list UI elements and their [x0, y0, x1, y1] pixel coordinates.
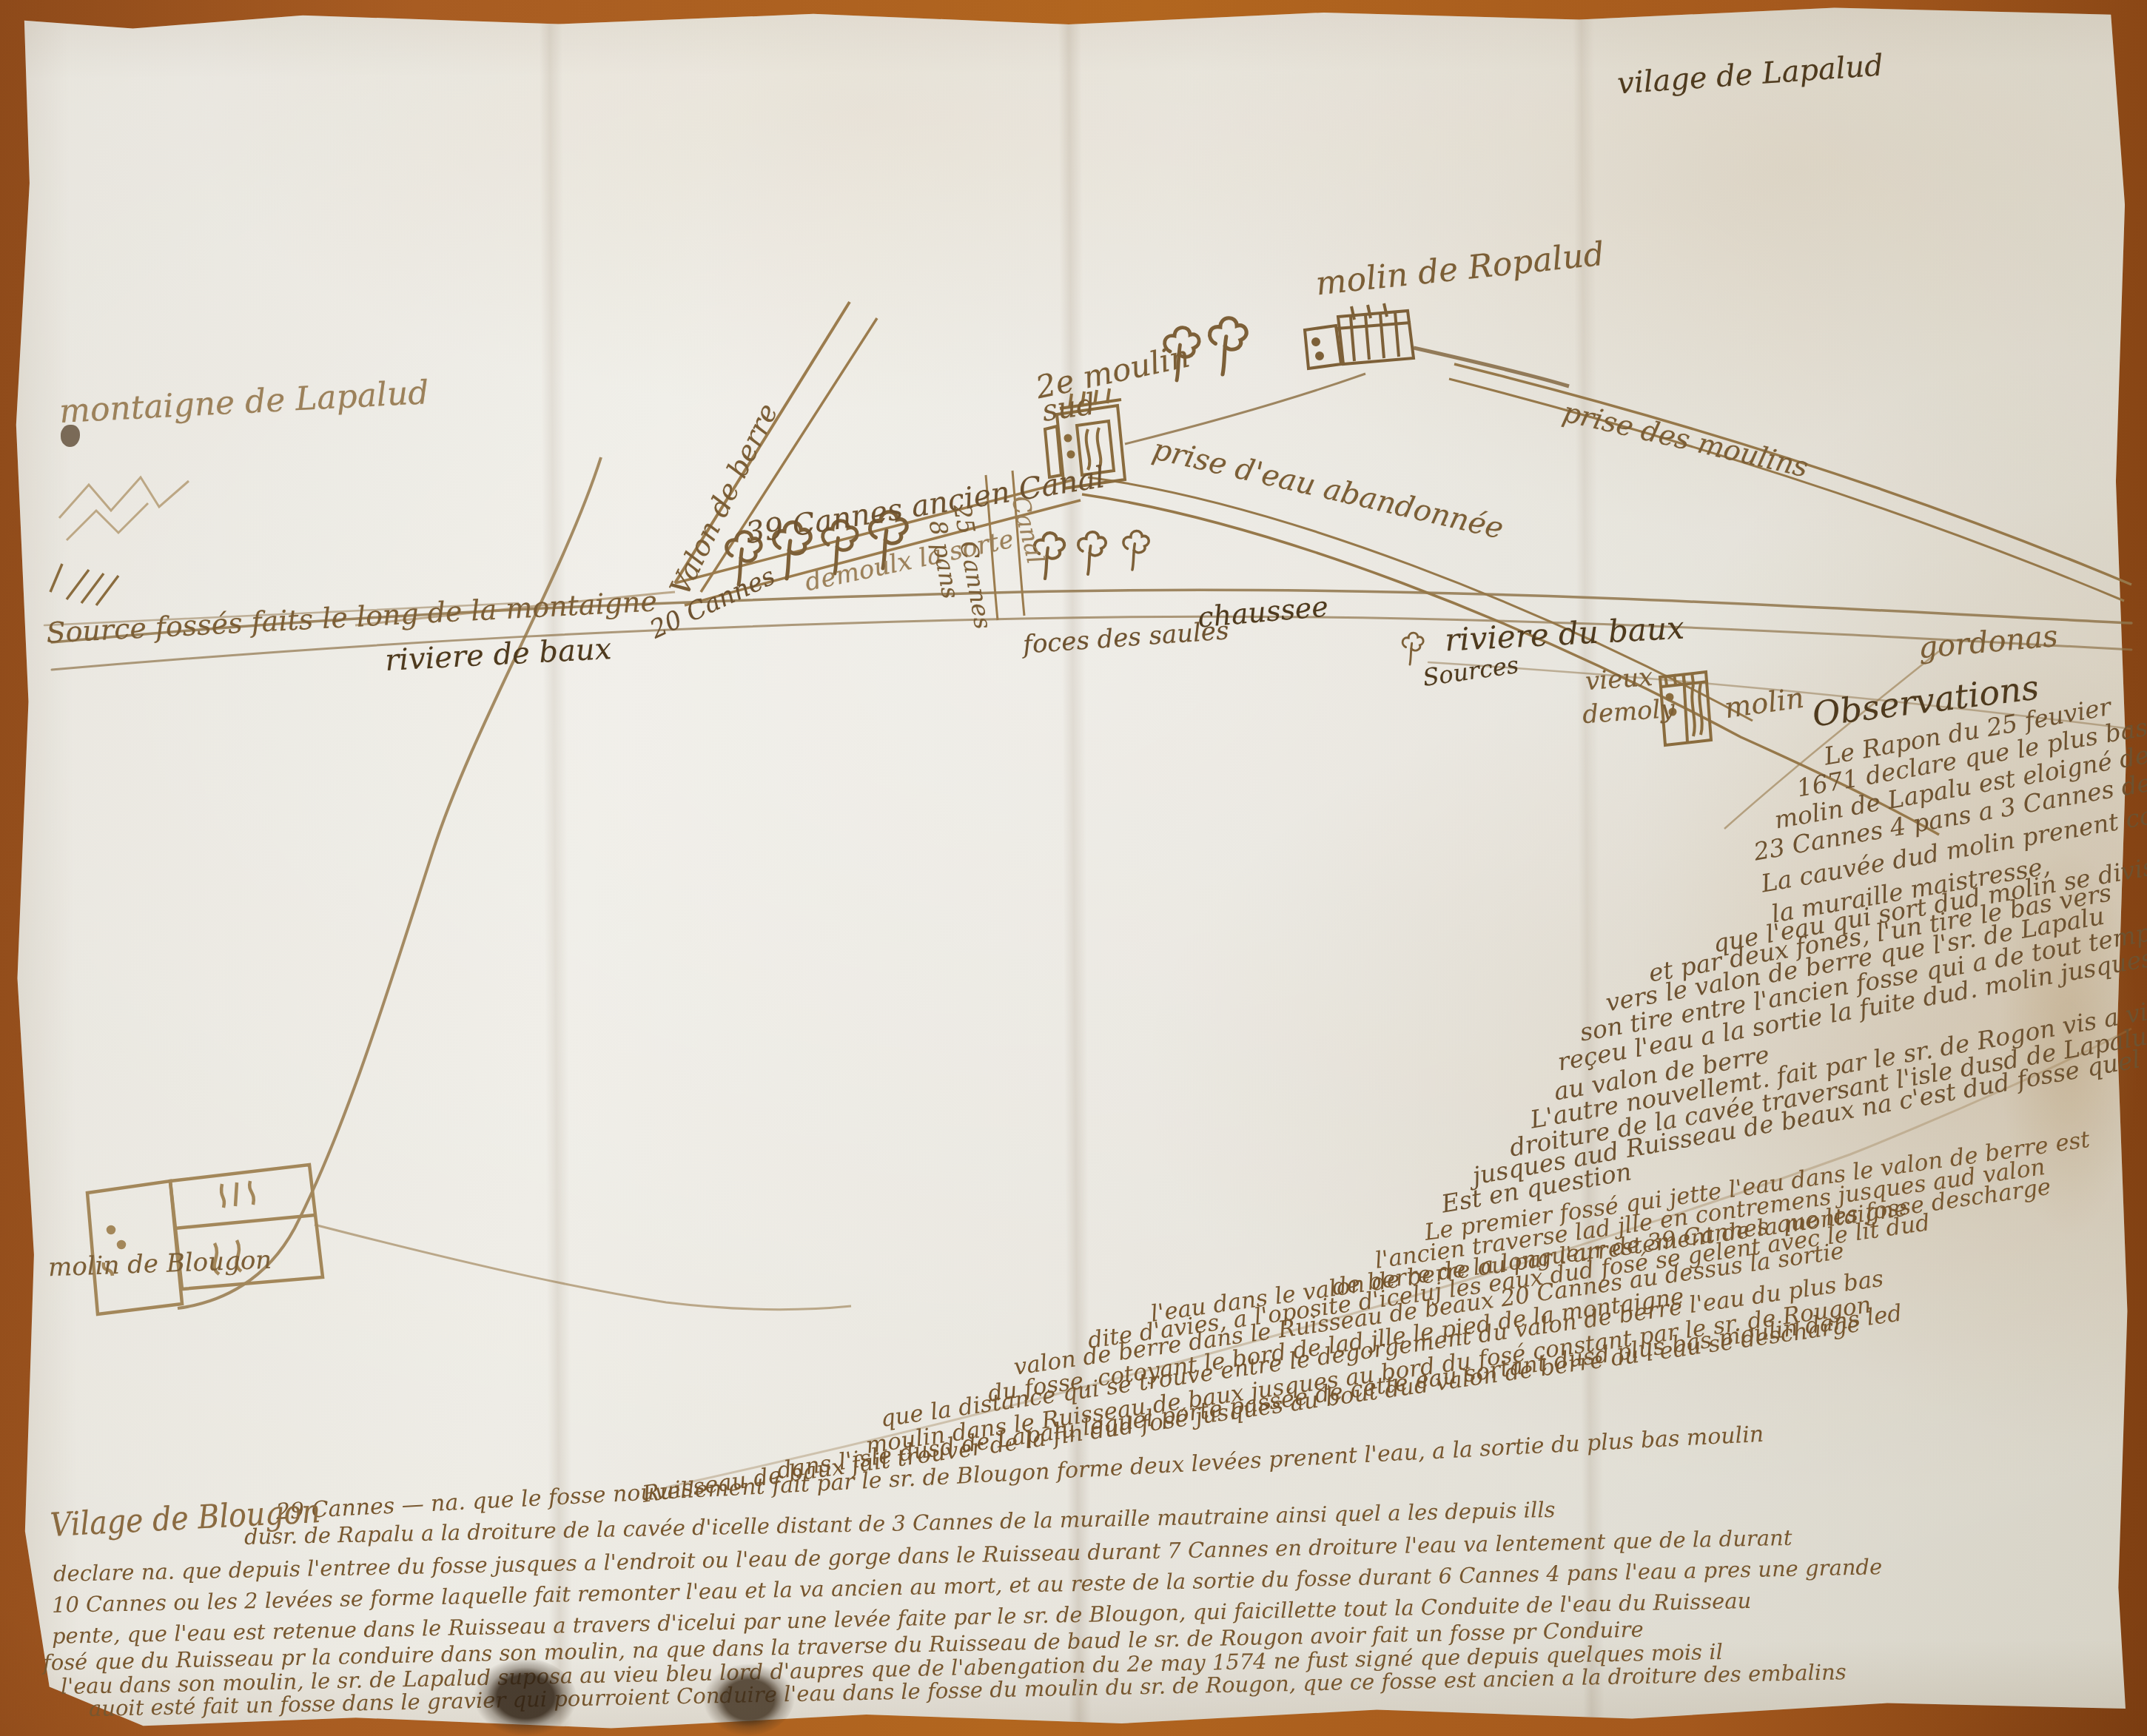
mountain-scribble: [59, 477, 189, 540]
manuscript-map-photo: vilage de Lapalud molin de Ropalud 2e mo…: [0, 0, 2147, 1736]
prise-des-moulins-line: [1449, 364, 2131, 601]
mill-icon-ropalud: [1305, 303, 1569, 386]
label-vieux: vieux: [1585, 662, 1654, 696]
source-hatch-marks: [50, 564, 118, 605]
